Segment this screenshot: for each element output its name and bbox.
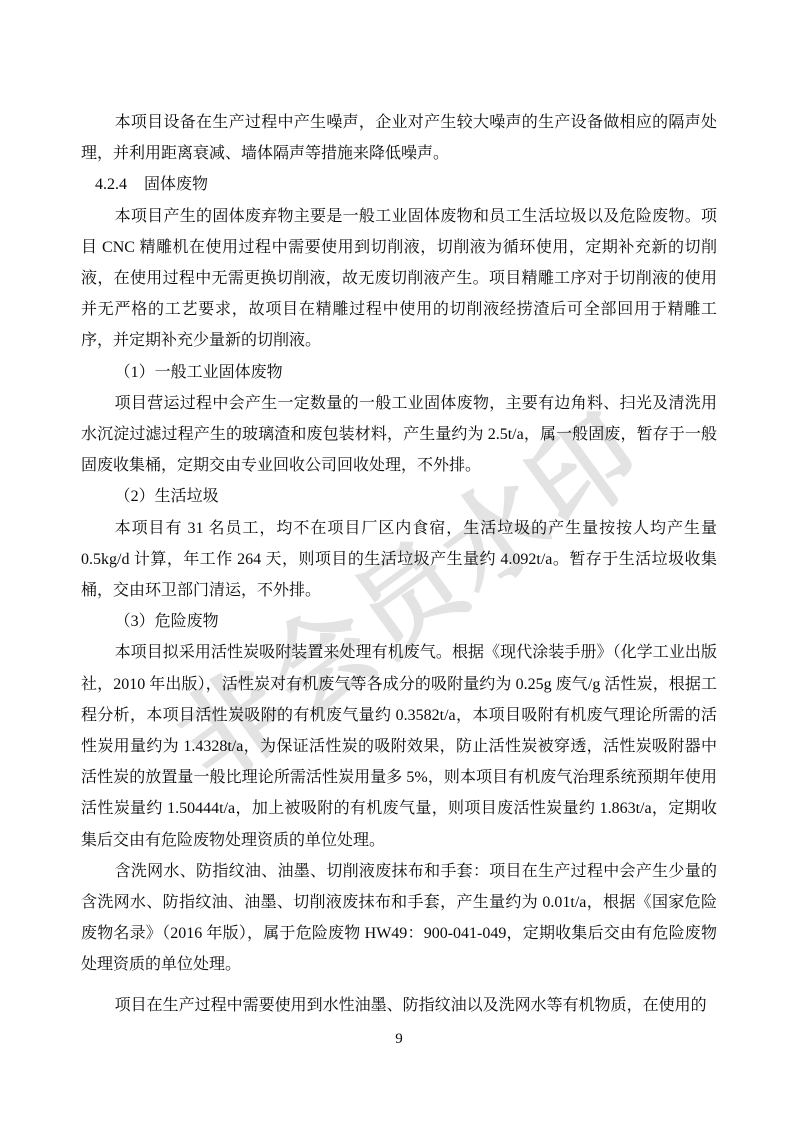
paragraph: 本项目有 31 名员工，均不在项目厂区内食宿，生活垃圾的产生量按按人均产生量 0… [81,513,717,607]
section-title: 固体废物 [144,176,208,193]
paragraph: 含洗网水、防指纹油、油墨、切削液废抹布和手套：项目在生产过程中会产生少量的含洗网… [81,856,717,981]
paragraph: 本项目拟采用活性炭吸附装置来处理有机废气。根据《现代涂装手册》（化学工业出版社，… [81,637,717,855]
document-content: 本项目设备在生产过程中产生噪声，企业对产生较大噪声的生产设备做相应的隔声处理，并… [81,107,717,1021]
subsection-heading: （1）一般工业固体废物 [81,357,717,388]
paragraph: 项目营运过程中会产生一定数量的一般工业固体废物，主要有边角料、扫光及清洗用水沉淀… [81,388,717,482]
section-number: 4.2.4 [95,176,127,193]
page-number: 9 [81,1031,717,1048]
subsection-heading: （2）生活垃圾 [81,481,717,512]
paragraph: 本项目产生的固体废弃物主要是一般工业固体废物和员工生活垃圾以及危险废物。项目 C… [81,201,717,357]
document-page: 非会员水印 本项目设备在生产过程中产生噪声，企业对产生较大噪声的生产设备做相应的… [0,0,793,1122]
subsection-heading: （3）危险废物 [81,606,717,637]
paragraph: 本项目设备在生产过程中产生噪声，企业对产生较大噪声的生产设备做相应的隔声处理，并… [81,107,717,169]
paragraph: 项目在生产过程中需要使用到水性油墨、防指纹油以及洗网水等有机物质，在使用的 [81,990,717,1021]
section-heading: 4.2.4固体废物 [81,169,717,200]
